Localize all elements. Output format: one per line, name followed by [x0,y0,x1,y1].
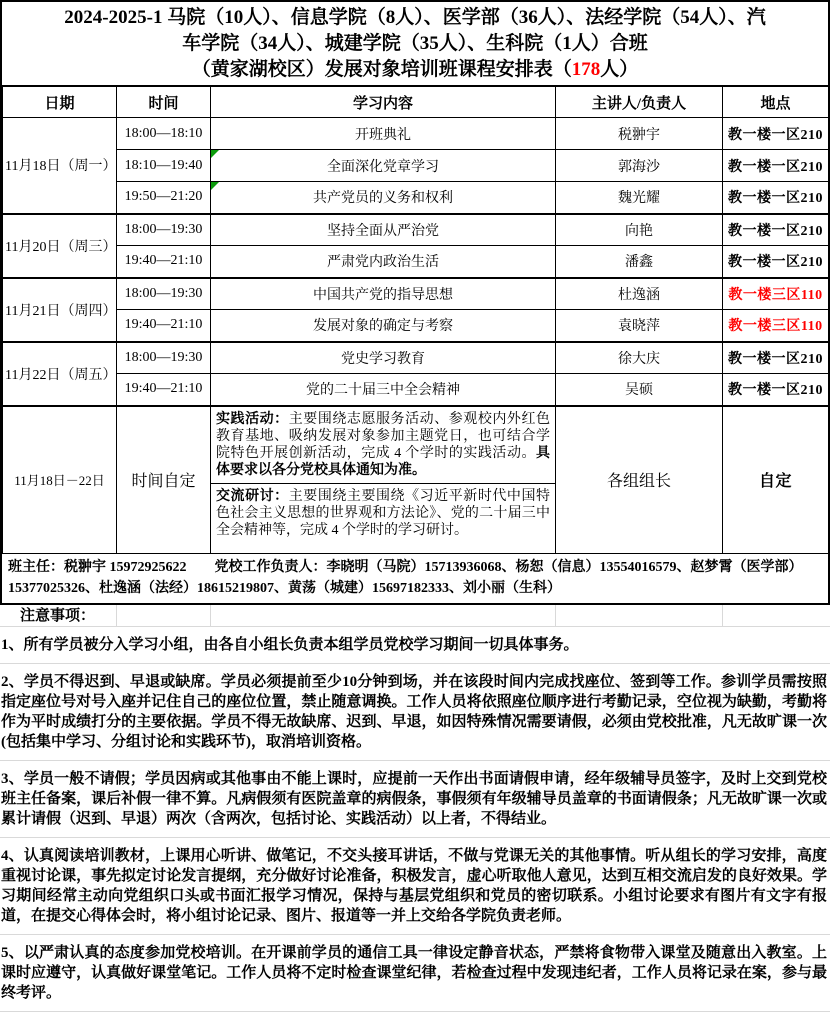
table-row: 19:40—21:10 党的二十届三中全会精神 吴硕 教一楼一区210 [3,374,829,406]
speaker-cell: 魏光耀 [556,182,723,214]
time-cell: 19:40—21:10 [117,374,211,406]
col-header-date: 日期 [3,87,117,118]
title-line-3-suffix: 人） [600,59,638,80]
gridline [555,605,556,626]
speaker-cell: 各组组长 [556,406,723,554]
practice-label: 实践活动： [216,412,289,427]
content-cell: 严肃党内政治生活 [211,246,556,278]
time-cell: 时间自定 [117,406,211,554]
cell-comment-marker-icon [211,182,219,190]
time-cell: 18:00—19:30 [117,278,211,310]
speaker-cell: 徐大庆 [556,342,723,374]
table-row: 18:10—19:40 全面深化党章学习 郭海沙 教一楼一区210 [3,150,829,182]
schedule-table: 日期 时间 学习内容 主讲人/负责人 地点 11月18日（周一） 18:00—1… [2,86,829,554]
discussion-label: 交流研讨： [216,489,289,504]
title-line-3: （黄家湖校区）发展对象培训班课程安排表（ [192,59,572,80]
date-cell: 11月22日（周五） [3,342,117,406]
contacts-footer: 班主任：税翀宇 15972925622 党校工作负责人：李晓明（马院）15713… [2,554,828,603]
gridline [116,605,117,626]
content-cell: 坚持全面从严治党 [211,214,556,246]
location-cell: 教一楼一区210 [723,150,829,182]
location-cell: 教一楼一区210 [723,246,829,278]
header-row: 日期 时间 学习内容 主讲人/负责人 地点 [3,87,829,118]
discussion-cell: 交流研讨：主要围绕主要围绕《习近平新时代中国特色社会主义思想的世界观和方法论》、… [211,483,556,553]
time-cell: 18:00—18:10 [117,118,211,150]
note-item-5: 5、以严肃认真的态度参加党校培训。在开课前学员的通信工具一律设定静音状态，严禁将… [0,935,830,1012]
col-header-content: 学习内容 [211,87,556,118]
location-cell: 教一楼一区210 [723,374,829,406]
content-text: 全面深化党章学习 [327,160,439,175]
content-cell: 党史学习教育 [211,342,556,374]
content-text: 共产党员的义务和权利 [313,191,453,206]
content-cell: 共产党员的义务和权利 [211,182,556,214]
table-row: 19:40—21:10 严肃党内政治生活 潘鑫 教一楼一区210 [3,246,829,278]
date-cell: 11月18日（周一） [3,118,117,214]
speaker-cell: 吴硕 [556,374,723,406]
table-row: 11月20日（周三） 18:00—19:30 坚持全面从严治党 向艳 教一楼一区… [3,214,829,246]
practice-activity-cell: 实践活动：主要围绕志愿服务活动、参观校内外红色教育基地、吸纳发展对象参加主题党日… [211,406,556,484]
title-line-2: 车学院（34人）、城建学院（35人）、生科院（1人）合班 [182,33,648,54]
table-row: 19:50—21:20 共产党员的义务和权利 魏光耀 教一楼一区210 [3,182,829,214]
col-header-location: 地点 [723,87,829,118]
gridline [722,605,723,626]
gridline [210,605,211,626]
bordered-table-area: 2024-2025-1 马院（10人）、信息学院（8人）、医学部（36人）、法经… [0,0,830,605]
time-cell: 18:10—19:40 [117,150,211,182]
document-title: 2024-2025-1 马院（10人）、信息学院（8人）、医学部（36人）、法经… [2,2,828,86]
time-cell: 18:00—19:30 [117,214,211,246]
notes-heading-row: 注意事项： [0,605,830,627]
col-header-speaker: 主讲人/负责人 [556,87,723,118]
content-cell: 发展对象的确定与考察 [211,310,556,342]
time-cell: 19:50—21:20 [117,182,211,214]
time-cell: 18:00—19:30 [117,342,211,374]
location-cell: 教一楼一区210 [723,342,829,374]
speaker-cell: 税翀宇 [556,118,723,150]
notes-section: 注意事项： 1、所有学员被分入学习小组，由各自小组长负责本组学员党校学习期间一切… [0,605,830,1012]
speaker-cell: 杜逸涵 [556,278,723,310]
location-cell: 教一楼一区210 [723,182,829,214]
date-cell: 11月21日（周四） [3,278,117,342]
col-header-time: 时间 [117,87,211,118]
date-cell: 11月20日（周三） [3,214,117,278]
note-item-2: 2、学员不得迟到、早退或缺席。学员必须提前至少10分钟到场，并在该段时间内完成找… [0,664,830,761]
time-cell: 19:40—21:10 [117,246,211,278]
table-row: 11月21日（周四） 18:00—19:30 中国共产党的指导思想 杜逸涵 教一… [3,278,829,310]
notes-heading: 注意事项： [20,608,95,624]
table-row: 19:40—21:10 发展对象的确定与考察 袁晓萍 教一楼三区110 [3,310,829,342]
location-cell: 教一楼一区210 [723,118,829,150]
speaker-cell: 潘鑫 [556,246,723,278]
speaker-cell: 郭海沙 [556,150,723,182]
location-cell: 教一楼一区210 [723,214,829,246]
table-row: 11月18日（周一） 18:00—18:10 开班典礼 税翀宇 教一楼一区210 [3,118,829,150]
title-line-1: 2024-2025-1 马院（10人）、信息学院（8人）、医学部（36人）、法经… [64,7,765,28]
speaker-cell: 袁晓萍 [556,310,723,342]
content-cell: 中国共产党的指导思想 [211,278,556,310]
content-cell: 党的二十届三中全会精神 [211,374,556,406]
note-item-1: 1、所有学员被分入学习小组，由各自小组长负责本组学员党校学习期间一切具体事务。 [0,627,830,664]
speaker-cell: 向艳 [556,214,723,246]
note-item-4: 4、认真阅读培训教材，上课用心听讲、做笔记，不交头接耳讲话，不做与党课无关的其他… [0,838,830,935]
location-cell: 自定 [723,406,829,554]
table-row: 11月22日（周五） 18:00—19:30 党史学习教育 徐大庆 教一楼一区2… [3,342,829,374]
schedule-document: 2024-2025-1 马院（10人）、信息学院（8人）、医学部（36人）、法经… [0,0,830,1012]
table-row-special: 11月18日－22日 时间自定 实践活动：主要围绕志愿服务活动、参观校内外红色教… [3,406,829,484]
title-headcount: 178 [572,59,601,80]
time-cell: 19:40—21:10 [117,310,211,342]
content-cell: 全面深化党章学习 [211,150,556,182]
cell-comment-marker-icon [211,150,219,158]
location-cell-highlighted: 教一楼三区110 [723,310,829,342]
location-cell-highlighted: 教一楼三区110 [723,278,829,310]
content-cell: 开班典礼 [211,118,556,150]
note-item-3: 3、学员一般不请假；学员因病或其他事由不能上课时，应提前一天作出书面请假申请，经… [0,761,830,838]
date-cell: 11月18日－22日 [3,406,117,554]
